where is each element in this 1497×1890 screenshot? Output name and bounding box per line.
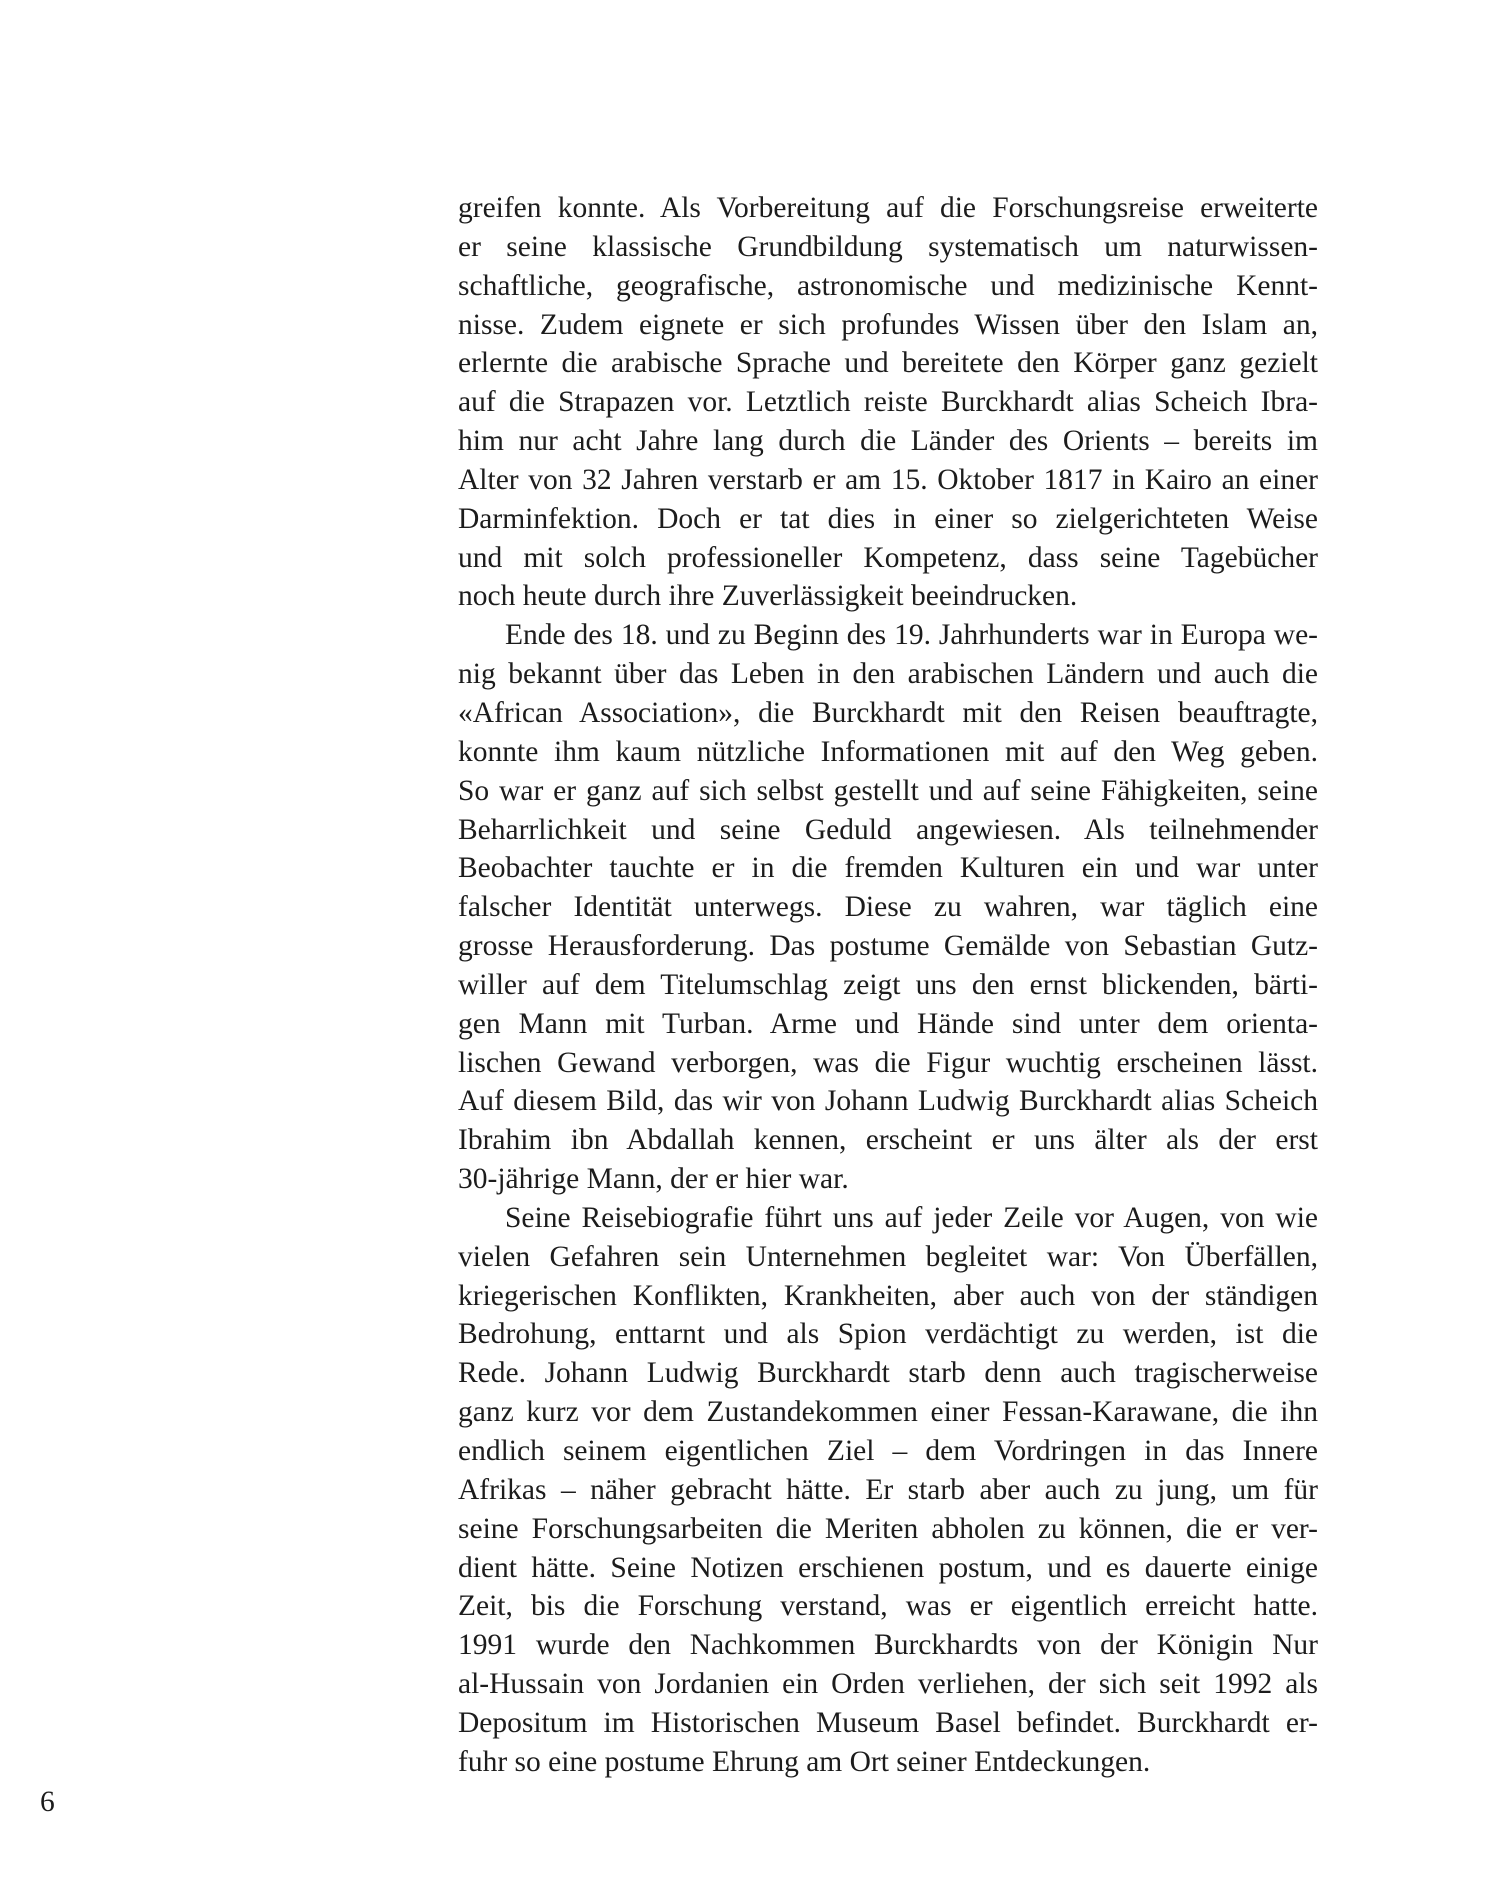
text-line: noch heute durch ihre Zuverlässigkeit be… [458,577,1318,616]
text-line: dient hätte. Seine Notizen erschienen po… [458,1549,1318,1588]
text-line: 1991 wurde den Nachkommen Burckhardts vo… [458,1626,1318,1665]
text-line: willer auf dem Titelumschlag zeigt uns d… [458,966,1318,1005]
body-text: greifen konnte. Als Vorbereitung auf die… [458,189,1318,1782]
text-line: lischen Gewand verborgen, was die Figur … [458,1044,1318,1083]
text-line: kriegerischen Konflikten, Krankheiten, a… [458,1277,1318,1316]
text-line: Afrikas – näher gebracht hätte. Er starb… [458,1471,1318,1510]
text-line: endlich seinem eigentlichen Ziel – dem V… [458,1432,1318,1471]
text-line: grosse Herausforderung. Das postume Gemä… [458,927,1318,966]
paragraph-2: Ende des 18. und zu Beginn des 19. Jahrh… [458,616,1318,1199]
text-line: ganz kurz vor dem Zustandekommen einer F… [458,1393,1318,1432]
text-line: konnte ihm kaum nützliche Informationen … [458,733,1318,772]
text-line: falscher Identität unterwegs. Diese zu w… [458,888,1318,927]
text-line: er seine klassische Grundbildung systema… [458,228,1318,267]
text-line: fuhr so eine postume Ehrung am Ort seine… [458,1743,1318,1782]
text-line: Depositum im Historischen Museum Basel b… [458,1704,1318,1743]
text-line: erlernte die arabische Sprache und berei… [458,344,1318,383]
text-line: schaftliche, geografische, astronomische… [458,267,1318,306]
text-line: Darminfektion. Doch er tat dies in einer… [458,500,1318,539]
text-line: al-Hussain von Jordanien ein Orden verli… [458,1665,1318,1704]
text-line: greifen konnte. Als Vorbereitung auf die… [458,189,1318,228]
text-line: nig bekannt über das Leben in den arabis… [458,655,1318,694]
text-line: Bedrohung, enttarnt und als Spion verdäc… [458,1315,1318,1354]
text-line: him nur acht Jahre lang durch die Länder… [458,422,1318,461]
paragraph-3: Seine Reisebiografie führt uns auf jeder… [458,1199,1318,1782]
text-line: «African Association», die Burckhardt mi… [458,694,1318,733]
text-line: Seine Reisebiografie führt uns auf jeder… [458,1199,1318,1238]
text-line: seine Forschungsarbeiten die Meriten abh… [458,1510,1318,1549]
text-line: Ibrahim ibn Abdallah kennen, erscheint e… [458,1121,1318,1160]
text-line: auf die Strapazen vor. Letztlich reiste … [458,383,1318,422]
text-line: Beobachter tauchte er in die fremden Kul… [458,849,1318,888]
text-line: Auf diesem Bild, das wir von Johann Ludw… [458,1082,1318,1121]
text-line: Rede. Johann Ludwig Burckhardt starb den… [458,1354,1318,1393]
text-line: Ende des 18. und zu Beginn des 19. Jahrh… [458,616,1318,655]
text-line: und mit solch professioneller Kompetenz,… [458,539,1318,578]
text-line: nisse. Zudem eignete er sich profundes W… [458,306,1318,345]
text-line: gen Mann mit Turban. Arme und Hände sind… [458,1005,1318,1044]
document-page: greifen konnte. Als Vorbereitung auf die… [0,0,1497,1890]
text-line: Alter von 32 Jahren verstarb er am 15. O… [458,461,1318,500]
paragraph-1: greifen konnte. Als Vorbereitung auf die… [458,189,1318,616]
text-line: 30-jährige Mann, der er hier war. [458,1160,1318,1199]
text-line: So war er ganz auf sich selbst gestellt … [458,772,1318,811]
page-number: 6 [40,1786,55,1818]
text-line: Zeit, bis die Forschung verstand, was er… [458,1587,1318,1626]
text-line: Beharrlichkeit und seine Geduld angewies… [458,811,1318,850]
text-line: vielen Gefahren sein Unternehmen begleit… [458,1238,1318,1277]
